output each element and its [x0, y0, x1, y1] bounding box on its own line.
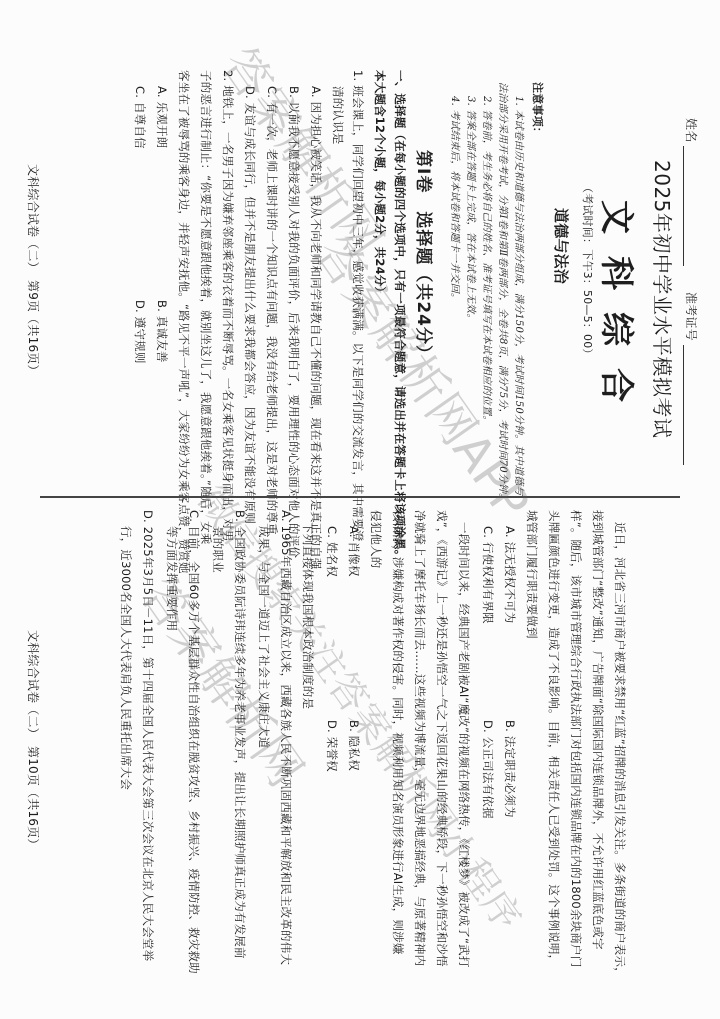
q2-option-d[interactable]: D. 遵守规则 — [132, 300, 148, 364]
main-title: 文科综合 — [595, 200, 644, 424]
q2-stem-1: 2. 地铁上，一名男子因为嫌弃邻座乘客的衣着而不断辱骂。一名女乘客见状挺身而出，… — [220, 70, 236, 542]
q2-stem-2: 子的恶言进行制止：“你要是不愿意跟他挨着，就别坐这儿了，我愿意跟他挨着。”随后，… — [198, 70, 214, 545]
name-label: 姓名 — [684, 118, 698, 142]
q2-option-b[interactable]: B. 真诚友善 — [154, 300, 170, 363]
page-divider — [40, 496, 680, 498]
q3-stem-2: 接到城管部门“整改”通知，广告牌面“除国际国内连锁品牌外，不允许用红蓝底色或字 — [590, 510, 606, 950]
q4-stem-1: 一段时间以来，经典国产老剧被AI“魔改”的视频在网络热传，《红楼梦》被改成了“武… — [456, 522, 472, 968]
q3-option-b[interactable]: B. 法定职责必须为 — [502, 720, 518, 818]
page-10-footer: 文科综合试卷（二） 第10页（共16页） — [25, 630, 42, 851]
q5-stem: 下列直接体现我国根本政治制度的是 — [300, 522, 316, 709]
q5-option-c-1[interactable]: C. 目前，全国60多万个基层群众性自治组织在脱贫攻坚、乡村振兴、疫情防控、救灾… — [186, 510, 202, 974]
page-9: 姓名 准考证号 2025年初中学业水平模拟考试 文科综合 （考试时间：下午3：5… — [0, 0, 720, 500]
q5-option-a-1[interactable]: A. 1965年西藏自治区成立以来，西藏各族人民不断巩固西藏和平解放和民主改革的… — [278, 510, 294, 965]
q3-stem-3: 样”。随后，该市城市管理综合行政执法部门对包括国内连锁品牌在内的1800余块商户… — [568, 510, 584, 967]
q5-option-b-2[interactable]: 景的职业 — [210, 526, 226, 573]
exam-time: （考试时间：下午3：50—5：00） — [580, 182, 596, 360]
q3-stem-4: 头牌匾颜色进行变更，造成了不良影响。目前，相关责任人已受到处罚。这个事例说明， — [546, 510, 562, 966]
q3-stem-1: 近日，河北省三河市商户被要求禁用“红蓝”招牌的消息引发关注。多条街道的商户表示， — [612, 522, 628, 979]
page-9-footer: 文科综合试卷（二） 第9页（共16页） — [25, 164, 42, 377]
q4-option-d[interactable]: D. 荣誉权 — [324, 720, 340, 772]
q4-option-c[interactable]: C. 姓名权 — [324, 526, 340, 577]
note-4: 4. 考试结束后，将本试卷和答题卡一并交回。 — [449, 96, 464, 303]
exam-id-label: 准考证号 — [684, 292, 698, 341]
q3-option-c[interactable]: C. 行使权利有界限 — [480, 526, 496, 624]
note-3: 3. 答案全部在答题卡上完成，答在本试卷上无效。 — [465, 96, 480, 324]
q4-stem-3: 净就骑上了摩托车扬长而去……这些视频为博流量，毫无边界地恶搞经典，与原著精神内 — [412, 510, 428, 966]
q2-option-a[interactable]: A. 乐观开朗 — [154, 86, 170, 148]
exam-title: 2025年初中学业水平模拟考试 — [649, 160, 678, 438]
page-10: 近日，河北省三河市商户被要求禁用“红蓝”招牌的消息引发关注。多条街道的商户表示，… — [0, 500, 720, 1019]
notes-heading: 注意事项： — [530, 82, 546, 138]
q5-option-a-2[interactable]: 成果，与全国一道迈上了社会主义康庄大道 — [256, 526, 272, 748]
q2-stem-3: 客坐在了被辱骂的乘客身边，并轻声安抚他。“路见不平一声吼”，大家纷纷为女乘客点赞… — [176, 70, 192, 574]
exam-sheet: 姓名 准考证号 2025年初中学业水平模拟考试 文科综合 （考试时间：下午3：5… — [0, 0, 720, 1019]
q5-option-d-2[interactable]: 行，近3000名全国人大代表肩负人民重托出席大会 — [118, 526, 134, 790]
q4-stem-4: 核相悖，涉嫌构成对著作权的侵害。同时，视频利用知名演员形象进行AI生成，则涉嫌 — [390, 510, 406, 955]
q1-option-c[interactable]: C. 有一次，老师上课时讲的一个知识点有问题，我没有给老师提出，这是对老师的尊重 — [264, 86, 280, 535]
q4-stem-2: 戏”，《西游记》上一秒还是孙悟空一气之下返回花果山的经典桥段，下一秒孙悟空和沙悟 — [434, 510, 450, 967]
q1-option-b[interactable]: B. 以前我不愿意接受别人对我的负面评价，后来我明白了，要用理性的心态面对他人的… — [286, 86, 302, 558]
name-field: 姓名 — [683, 118, 700, 266]
section-instructions-1: 一、选择题（在每小题的四个选项中，只有一项最符合题意，请选出并在答题卡上将该项涂… — [392, 70, 408, 561]
q3-option-a[interactable]: A. 法无授权不可为 — [502, 526, 518, 623]
exam-id-blank[interactable] — [683, 345, 684, 465]
q5-option-b-1[interactable]: B. 全国政协委员阮诗玮连续多年为养老事业发声，提出让长期照护师真正成为有发展前 — [232, 510, 248, 959]
note-1a: 1. 本试卷由历史和道德与法治两部分组成，满分150分，考试时间150分钟。其中… — [513, 96, 528, 496]
q1-stem-1: 1. 班会课上，同学们回望初中三年，感觉收获满满。以下是同学们的交流发言，其中需… — [350, 70, 366, 542]
q1-option-d[interactable]: D. 友谊与成长同行，但并不是朋友提出什么要求我都会答应，因为友谊不能没有原则 — [242, 86, 258, 524]
q1-stem-2: 清的认识是 — [330, 86, 346, 145]
note-2: 2. 答卷前，考生务必将自己的姓名、准考证号填写在本试卷相应的位置。 — [481, 96, 496, 426]
exam-id-field: 准考证号 — [683, 292, 700, 465]
note-1b: 法治部分采用开卷考试，分第Ⅰ卷和第Ⅱ卷两部分，全卷共8页，满分75分，考试时间7… — [497, 82, 512, 503]
part-title: 第Ⅰ卷 选择题（共24分） — [413, 150, 438, 363]
subject-title: 道德与法治 — [551, 208, 572, 284]
name-blank[interactable] — [683, 146, 684, 266]
q5-option-d-1[interactable]: D. 2025年3月5日－11日，第十四届全国人民代表大会第三次会议在北京人民大… — [140, 510, 156, 961]
q2-option-c[interactable]: C. 自尊自信 — [132, 86, 148, 149]
q4-stem-5: 侵犯他人的 — [368, 510, 384, 569]
q4-option-b[interactable]: B. 隐私权 — [346, 720, 362, 771]
q5-option-c-2[interactable]: 等方面发挥重要作用 — [164, 526, 180, 631]
q3-stem-5: 城管部门履行职责要做到 — [524, 510, 540, 639]
q4-option-a[interactable]: A. 肖像权 — [346, 526, 362, 577]
q3-option-d[interactable]: D. 公正司法有依据 — [480, 720, 496, 819]
section-instructions-2: 本大题含12个小题，每小题2分，共24分） — [372, 70, 388, 298]
